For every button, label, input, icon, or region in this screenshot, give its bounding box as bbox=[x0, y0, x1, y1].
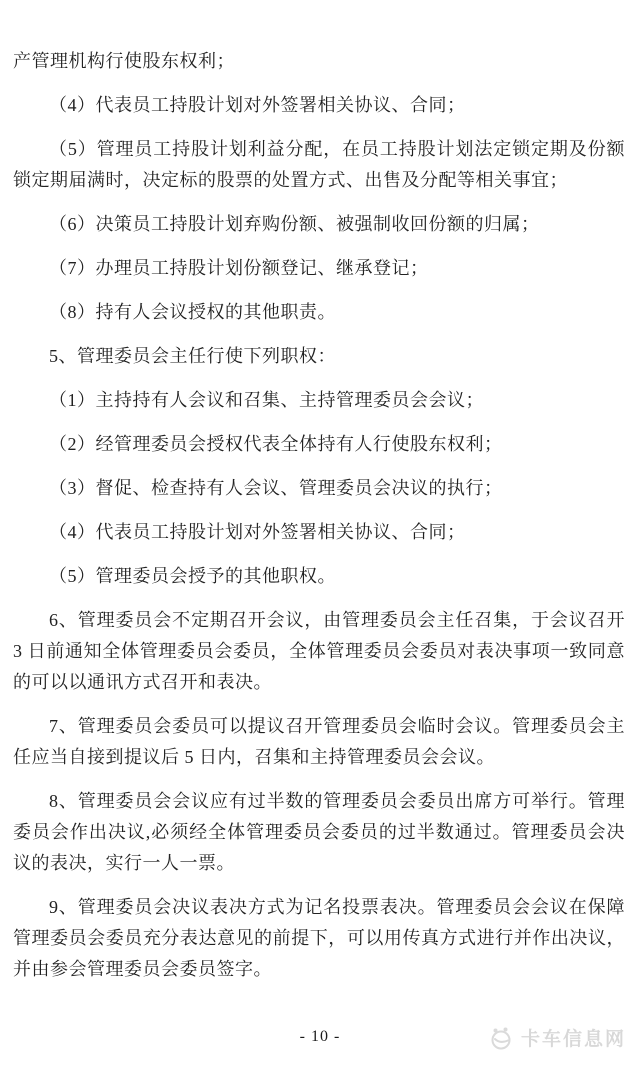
page-footer: - 10 - 卡车信息网 bbox=[0, 1022, 640, 1058]
truck-network-logo-icon bbox=[488, 1025, 516, 1051]
paragraph: （3）督促、检查持有人会议、管理委员会决议的执行； bbox=[13, 473, 625, 504]
paragraph: （1）主持持有人会议和召集、主持管理委员会会议； bbox=[13, 385, 625, 416]
paragraph: （7）办理员工持股计划份额登记、继承登记； bbox=[13, 253, 625, 284]
paragraph: 5、管理委员会主任行使下列职权： bbox=[13, 341, 625, 372]
paragraph: （8）持有人会议授权的其他职责。 bbox=[13, 297, 625, 328]
paragraph: 7、管理委员会委员可以提议召开管理委员会临时会议。管理委员会主任应当自接到提议后… bbox=[13, 711, 625, 773]
document-body: 产管理机构行使股东权利； （4）代表员工持股计划对外签署相关协议、合同； （5）… bbox=[0, 0, 640, 985]
paragraph-continuation: 产管理机构行使股东权利； bbox=[13, 46, 625, 77]
paragraph: （4）代表员工持股计划对外签署相关协议、合同； bbox=[13, 517, 625, 548]
paragraph: （5）管理员工持股计划利益分配，在员工持股计划法定锁定期及份额锁定期届满时，决定… bbox=[13, 134, 625, 196]
paragraph: 9、管理委员会决议表决方式为记名投票表决。管理委员会会议在保障管理委员会委员充分… bbox=[13, 892, 625, 985]
paragraph: （6）决策员工持股计划弃购份额、被强制收回份额的归属； bbox=[13, 209, 625, 240]
paragraph: 8、管理委员会会议应有过半数的管理委员会委员出席方可举行。管理委员会作出决议,必… bbox=[13, 786, 625, 879]
paragraph: （2）经管理委员会授权代表全体持有人行使股东权利； bbox=[13, 429, 625, 460]
document-page: 产管理机构行使股东权利； （4）代表员工持股计划对外签署相关协议、合同； （5）… bbox=[0, 0, 640, 1067]
watermark: 卡车信息网 bbox=[488, 1024, 626, 1051]
paragraph: （5）管理委员会授予的其他职权。 bbox=[13, 561, 625, 592]
paragraph: （4）代表员工持股计划对外签署相关协议、合同； bbox=[13, 90, 625, 121]
watermark-text: 卡车信息网 bbox=[521, 1024, 626, 1051]
paragraph: 6、管理委员会不定期召开会议，由管理委员会主任召集，于会议召开 3 日前通知全体… bbox=[13, 605, 625, 698]
